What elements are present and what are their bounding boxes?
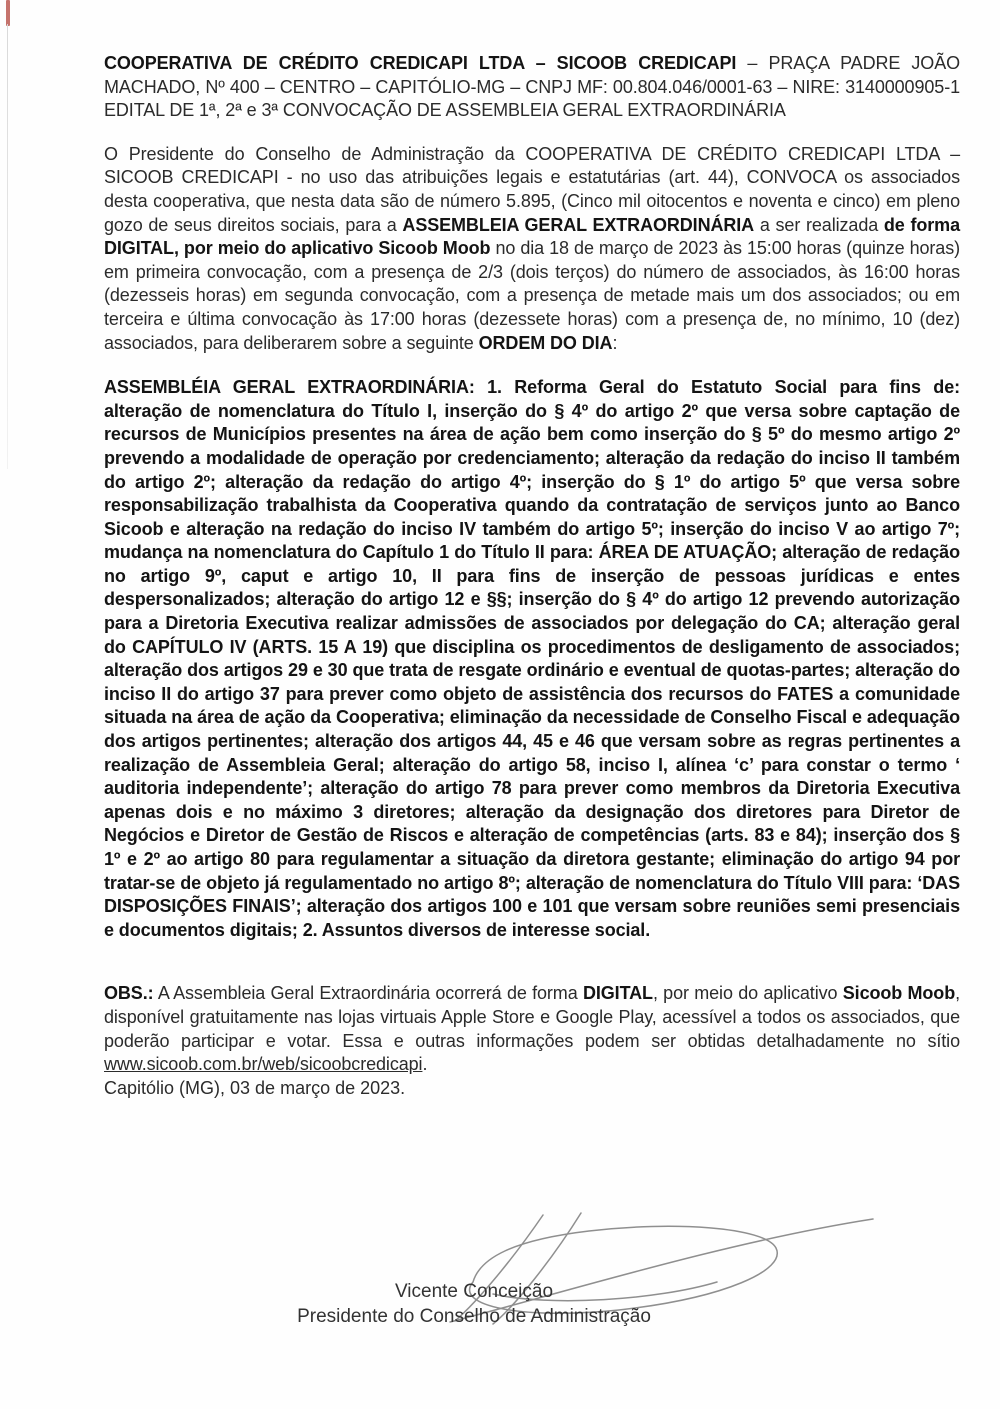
url-text: www.sicoob.com.br/web/sicoobcredicapi xyxy=(104,1054,422,1074)
text-segment: ASSEMBLÉIA GERAL EXTRAORDINÁRIA: 1. Refo… xyxy=(104,377,960,940)
signatory-name: Vicente Conceição xyxy=(104,1280,844,1305)
text-segment: DIGITAL xyxy=(583,983,653,1003)
signature-block: Vicente Conceição Presidente do Conselho… xyxy=(104,1280,844,1329)
text-segment: ORDEM DO DIA xyxy=(479,333,613,353)
scan-red-mark xyxy=(6,0,10,26)
text-segment: , por meio do aplicativo xyxy=(653,983,843,1003)
text-segment: OBS.: xyxy=(104,983,154,1003)
scan-edge-line xyxy=(7,24,8,469)
text-segment: : xyxy=(612,333,617,353)
document-header-paragraph: COOPERATIVA DE CRÉDITO CREDICAPI LTDA – … xyxy=(104,52,960,123)
text-segment: COOPERATIVA DE CRÉDITO CREDICAPI LTDA – … xyxy=(104,53,736,73)
text-segment: Sicoob Moob xyxy=(843,983,955,1003)
text-segment: ASSEMBLEIA GERAL EXTRAORDINÁRIA xyxy=(402,215,754,235)
place-date-line: Capitólio (MG), 03 de março de 2023. xyxy=(104,1077,960,1101)
signatory-title: Presidente do Conselho de Administração xyxy=(104,1305,844,1330)
text-segment: . xyxy=(422,1054,427,1074)
scanned-document-page: COOPERATIVA DE CRÉDITO CREDICAPI LTDA – … xyxy=(0,0,1000,1409)
obs-paragraph: OBS.: A Assembleia Geral Extraordinária … xyxy=(104,982,960,1076)
convocation-paragraph: O Presidente do Conselho de Administraçã… xyxy=(104,143,960,355)
text-segment: A Assembleia Geral Extraordinária ocorre… xyxy=(154,983,583,1003)
document-body: COOPERATIVA DE CRÉDITO CREDICAPI LTDA – … xyxy=(104,52,960,1100)
agenda-paragraph: ASSEMBLÉIA GERAL EXTRAORDINÁRIA: 1. Refo… xyxy=(104,376,960,942)
text-segment: a ser realizada xyxy=(754,215,884,235)
